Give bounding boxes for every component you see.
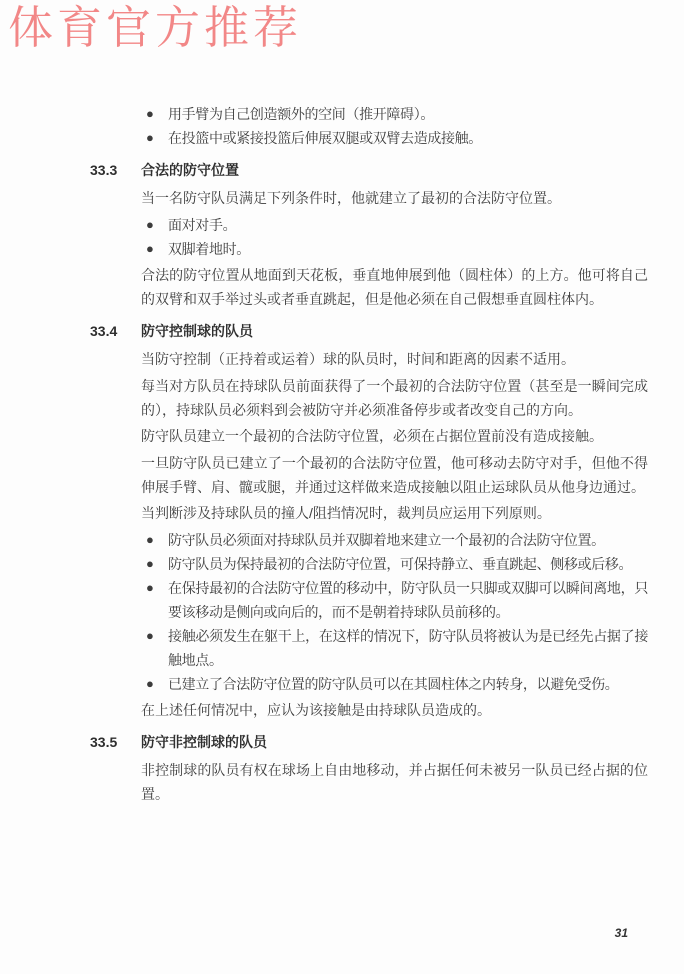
document-content: ●用手臂为自己创造额外的空间（推开障碍）。●在投篮中或紧接投篮后伸展双腿或双臂去…: [90, 102, 648, 809]
section-number: 33.3: [90, 158, 141, 182]
section-number: 33.5: [90, 730, 141, 754]
document-page: 体育官方推荐 ●用手臂为自己创造额外的空间（推开障碍）。●在投篮中或紧接投篮后伸…: [0, 0, 684, 974]
bullet-text: 双脚着地时。: [168, 237, 648, 261]
bullet-icon: ●: [141, 213, 168, 237]
bullet-icon: ●: [141, 102, 168, 126]
watermark-text: 体育官方推荐: [8, 0, 302, 56]
bullet-item: ●双脚着地时。: [141, 237, 648, 261]
page-number: 31: [615, 926, 628, 940]
bullet-item: ●在保持最初的合法防守位置的移动中，防守队员一只脚或双脚可以瞬间离地，只要该移动…: [141, 576, 648, 624]
bullet-item: ●防守队员为保持最初的合法防守位置，可保持静立、垂直跳起、侧移或后移。: [141, 552, 648, 576]
paragraph: 防守队员建立一个最初的合法防守位置，必须在占据位置前没有造成接触。: [141, 424, 648, 448]
paragraph: 当防守控制（正持着或运着）球的队员时，时间和距离的因素不适用。: [141, 347, 648, 371]
bullet-item: ●防守队员必须面对持球队员并双脚着地来建立一个最初的合法防守位置。: [141, 528, 648, 552]
bullet-icon: ●: [141, 672, 168, 696]
bullet-item: ●接触必须发生在躯干上，在这样的情况下，防守队员将被认为是已经先占据了接触地点。: [141, 624, 648, 672]
section-title: 防守控制球的队员: [141, 319, 648, 343]
bullet-item: ●用手臂为自己创造额外的空间（推开障碍）。: [141, 102, 648, 126]
paragraph: 在上述任何情况中，应认为该接触是由持球队员造成的。: [141, 698, 648, 722]
bullet-icon: ●: [141, 624, 168, 672]
bullet-text: 用手臂为自己创造额外的空间（推开障碍）。: [168, 102, 648, 126]
paragraph: 当一名防守队员满足下列条件时，他就建立了最初的合法防守位置。: [141, 186, 648, 210]
bullet-icon: ●: [141, 552, 168, 576]
section-number: 33.4: [90, 319, 141, 343]
bullet-text: 在投篮中或紧接投篮后伸展双腿或双臂去造成接触。: [168, 126, 648, 150]
bullet-icon: ●: [141, 237, 168, 261]
bullet-text: 防守队员为保持最初的合法防守位置，可保持静立、垂直跳起、侧移或后移。: [168, 552, 648, 576]
bullet-text: 面对对手。: [168, 213, 648, 237]
bullet-icon: ●: [141, 528, 168, 552]
section-heading: 33.4防守控制球的队员: [90, 319, 648, 343]
bullet-text: 在保持最初的合法防守位置的移动中，防守队员一只脚或双脚可以瞬间离地，只要该移动是…: [168, 576, 648, 624]
bullet-item: ●在投篮中或紧接投篮后伸展双腿或双臂去造成接触。: [141, 126, 648, 150]
bullet-icon: ●: [141, 576, 168, 624]
bullet-text: 已建立了合法防守位置的防守队员可以在其圆柱体之内转身，以避免受伤。: [168, 672, 648, 696]
paragraph: 合法的防守位置从地面到天花板，垂直地伸展到他（圆柱体）的上方。他可将自己的双臂和…: [141, 263, 648, 311]
bullet-text: 接触必须发生在躯干上，在这样的情况下，防守队员将被认为是已经先占据了接触地点。: [168, 624, 648, 672]
paragraph: 一旦防守队员已建立了一个最初的合法防守位置，他可移动去防守对手，但他不得伸展手臂…: [141, 451, 648, 499]
paragraph: 非控制球的队员有权在球场上自由地移动，并占据任何未被另一队员已经占据的位置。: [141, 758, 648, 806]
paragraph: 每当对方队员在持球队员前面获得了一个最初的合法防守位置（甚至是一瞬间完成的），持…: [141, 374, 648, 422]
section-heading: 33.3合法的防守位置: [90, 158, 648, 182]
bullet-text: 防守队员必须面对持球队员并双脚着地来建立一个最初的合法防守位置。: [168, 528, 648, 552]
bullet-icon: ●: [141, 126, 168, 150]
section-title: 合法的防守位置: [141, 158, 648, 182]
section-title: 防守非控制球的队员: [141, 730, 648, 754]
bullet-item: ●已建立了合法防守位置的防守队员可以在其圆柱体之内转身，以避免受伤。: [141, 672, 648, 696]
paragraph: 当判断涉及持球队员的撞人/阻挡情况时，裁判员应运用下列原则。: [141, 501, 648, 525]
bullet-item: ●面对对手。: [141, 213, 648, 237]
section-heading: 33.5防守非控制球的队员: [90, 730, 648, 754]
